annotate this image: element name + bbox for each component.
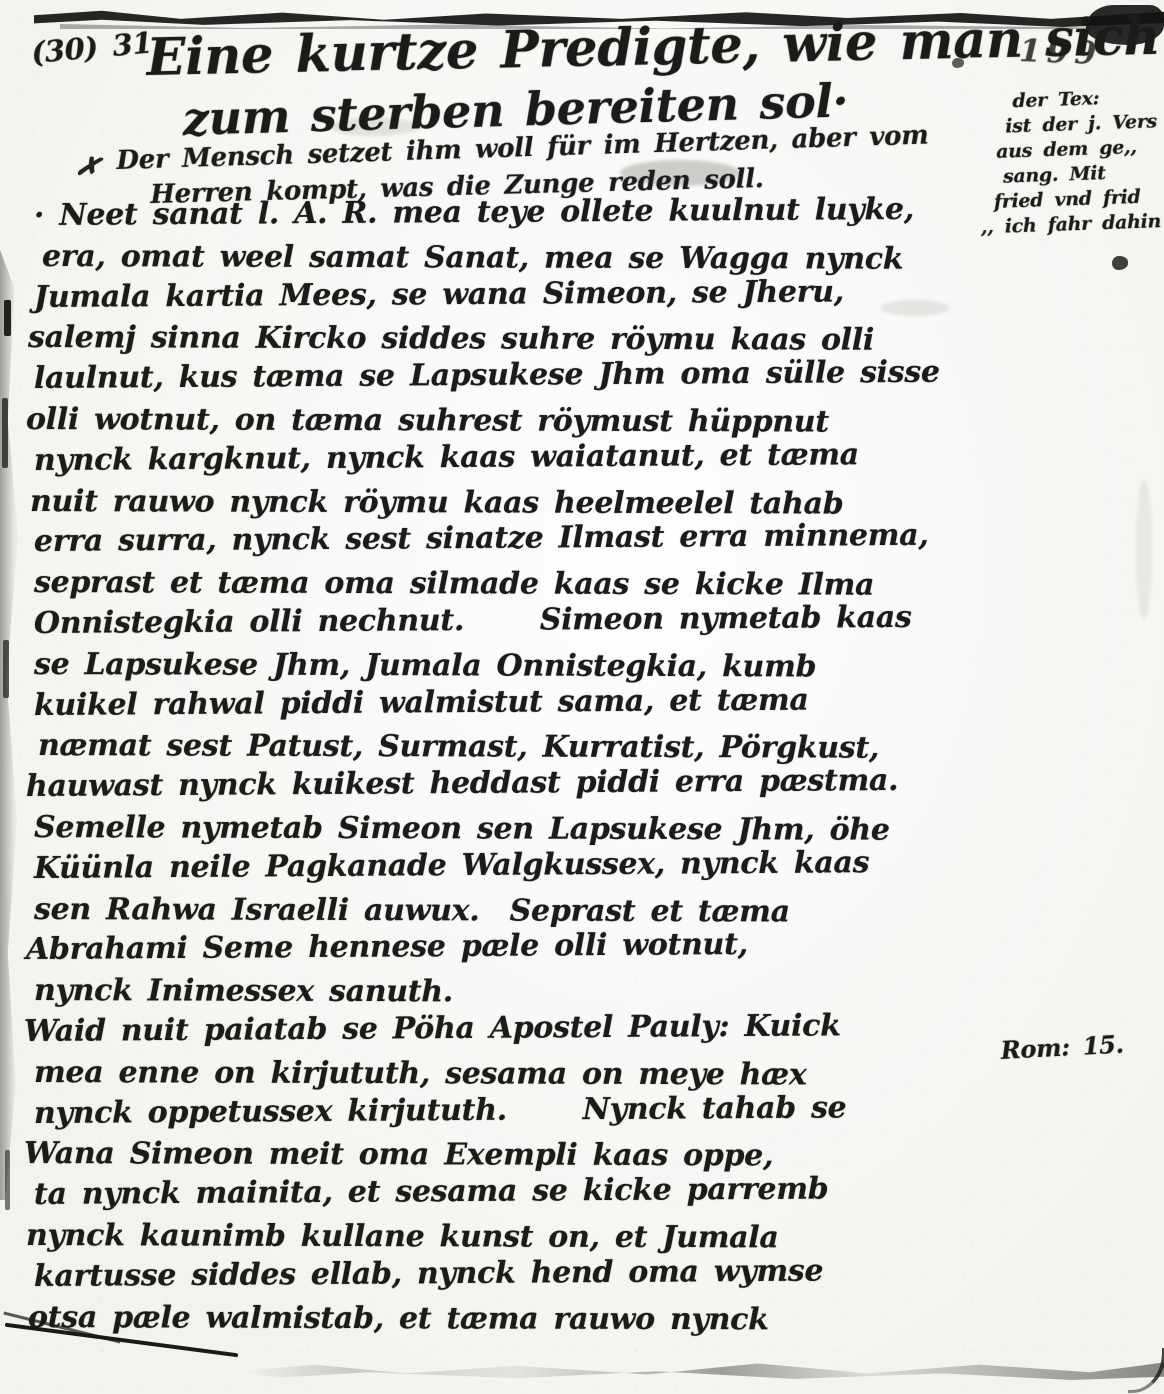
binding-shadow	[0, 250, 26, 1200]
manuscript-line: otsa pæle walmistab, et tæma rauwo nynck	[28, 1298, 1044, 1342]
body-text: · Neet sanat l. A. R. mea teye ollete ku…	[34, 196, 1044, 1338]
manuscript-line: Onnistegkia olli nechnut. Simeon nymetab…	[34, 597, 1044, 645]
ink-blot	[1112, 256, 1128, 270]
manuscript-line: nynck oppetussex kirjututh. Nynck tahab …	[34, 1086, 1044, 1134]
edge-ink-mark	[2, 398, 8, 468]
manuscript-line: hauwast nynck kuikest heddast piddi erra…	[26, 760, 1044, 808]
edge-ink-mark	[4, 300, 11, 336]
manuscript-line: Küünla neile Pagkanade Walgkussex, nynck…	[34, 842, 1044, 890]
manuscript-page: (30) 31. 199 Eine kurtze Predigte, wie m…	[0, 0, 1164, 1394]
manuscript-line: kuikel rahwal piddi walmistut sama, et t…	[34, 679, 1044, 727]
manuscript-line: ta nynck mainita, et sesama se kicke par…	[34, 1168, 1044, 1216]
scan-bottom-smudge	[240, 1358, 1164, 1380]
edge-ink-mark	[5, 1150, 10, 1210]
manuscript-line: Jumala kartia Mees, se wana Simeon, se J…	[34, 271, 1044, 319]
edge-ink-mark	[3, 640, 9, 698]
manuscript-line: kartusse siddes ellab, nynck hend oma wy…	[34, 1250, 1044, 1298]
manuscript-line: Waid nuit paiatab se Pöha Apostel Pauly:…	[24, 1005, 1044, 1053]
manuscript-line: laulnut, kus tæma se Lapsukese Jhm oma s…	[34, 352, 1044, 400]
ink-smudge	[1136, 480, 1152, 620]
cross-mark: ✗	[73, 148, 103, 185]
manuscript-line: erra surra, nynck sest sinatze Ilmast er…	[34, 515, 1044, 563]
folio-label: (30) 31.	[30, 25, 163, 70]
manuscript-line: nynck kargknut, nynck kaas waiatanut, et…	[34, 434, 1044, 482]
scan-corner-curve	[1128, 1348, 1164, 1393]
manuscript-line: Abrahami Seme hennese pæle olli wotnut,	[26, 923, 1044, 971]
manuscript-line: · Neet sanat l. A. R. mea teye ollete ku…	[34, 189, 1044, 237]
